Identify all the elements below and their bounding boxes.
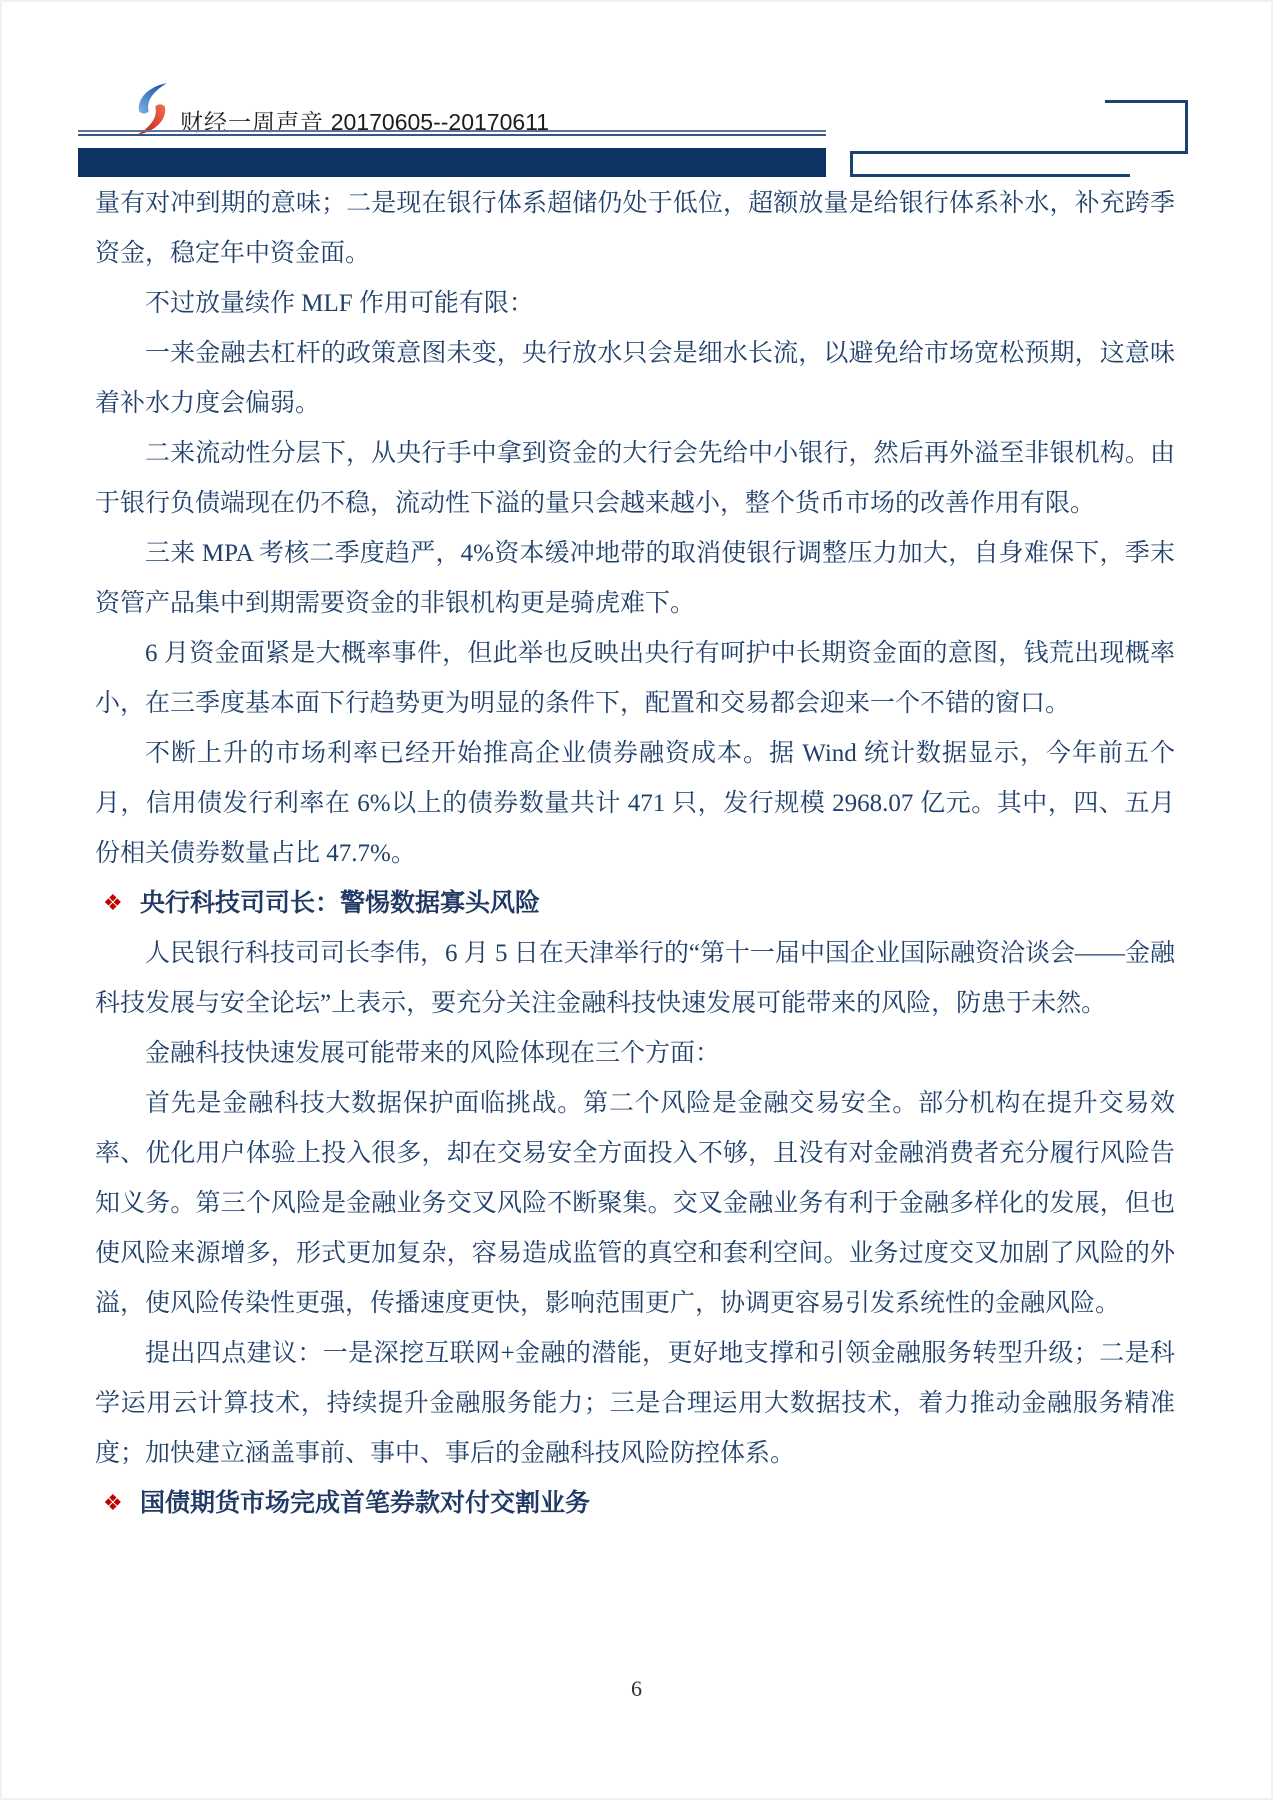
section-heading: ❖ 国债期货市场完成首笔券款对付交割业务 <box>95 1479 1175 1529</box>
body-paragraph: 不过放量续作 MLF 作用可能有限： <box>95 279 1175 329</box>
s-swoosh-logo-icon <box>130 82 174 136</box>
body-paragraph: 金融科技快速发展可能带来的风险体现在三个方面： <box>95 1029 1175 1079</box>
header-navy-bar <box>78 148 826 177</box>
body-paragraph: 提出四点建议：一是深挖互联网+金融的潜能，更好地支撑和引领金融服务转型升级；二是… <box>95 1329 1175 1479</box>
document-page: 财经一周声音 20170605--20170611 量有对冲到期的意味；二是现在… <box>0 0 1273 1800</box>
header-double-rule <box>78 130 826 136</box>
header-box-outline-bottom <box>850 151 1188 154</box>
content-flow: 量有对冲到期的意味；二是现在银行体系超储仍处于低位，超额放量是给银行体系补水，补… <box>95 179 1175 1529</box>
body-paragraph: 6 月资金面紧是大概率事件，但此举也反映出央行有呵护中长期资金面的意图，钱荒出现… <box>95 629 1175 729</box>
body-paragraph: 首先是金融科技大数据保护面临挑战。第二个风险是金融交易安全。部分机构在提升交易效… <box>95 1079 1175 1329</box>
section-heading-text: 国债期货市场完成首笔券款对付交割业务 <box>140 1490 590 1517</box>
header-box-outline-right <box>1185 100 1188 154</box>
section-heading: ❖ 央行科技司司长：警惕数据寡头风险 <box>95 879 1175 929</box>
diamond-bullet-icon: ❖ <box>103 1479 123 1529</box>
header-box-outline-top <box>1105 100 1188 103</box>
body-paragraph: 二来流动性分层下，从央行手中拿到资金的大行会先给中小银行，然后再外溢至非银机构。… <box>95 429 1175 529</box>
section-heading-text: 央行科技司司长：警惕数据寡头风险 <box>140 890 540 917</box>
body-paragraph: 三来 MPA 考核二季度趋严，4%资本缓冲地带的取消使银行调整压力加大，自身难保… <box>95 529 1175 629</box>
body-paragraph: 人民银行科技司司长李伟，6 月 5 日在天津举行的“第十一届中国企业国际融资洽谈… <box>95 929 1175 1029</box>
body-paragraph: 不断上升的市场利率已经开始推高企业债券融资成本。据 Wind 统计数据显示，今年… <box>95 729 1175 879</box>
page-number: 6 <box>0 1676 1273 1702</box>
body-paragraph: 一来金融去杠杆的政策意图未变，央行放水只会是细水长流，以避免给市场宽松预期，这意… <box>95 329 1175 429</box>
body-paragraph: 量有对冲到期的意味；二是现在银行体系超储仍处于低位，超额放量是给银行体系补水，补… <box>95 179 1175 279</box>
diamond-bullet-icon: ❖ <box>103 879 123 929</box>
header-box-outline-lower <box>850 174 1130 177</box>
